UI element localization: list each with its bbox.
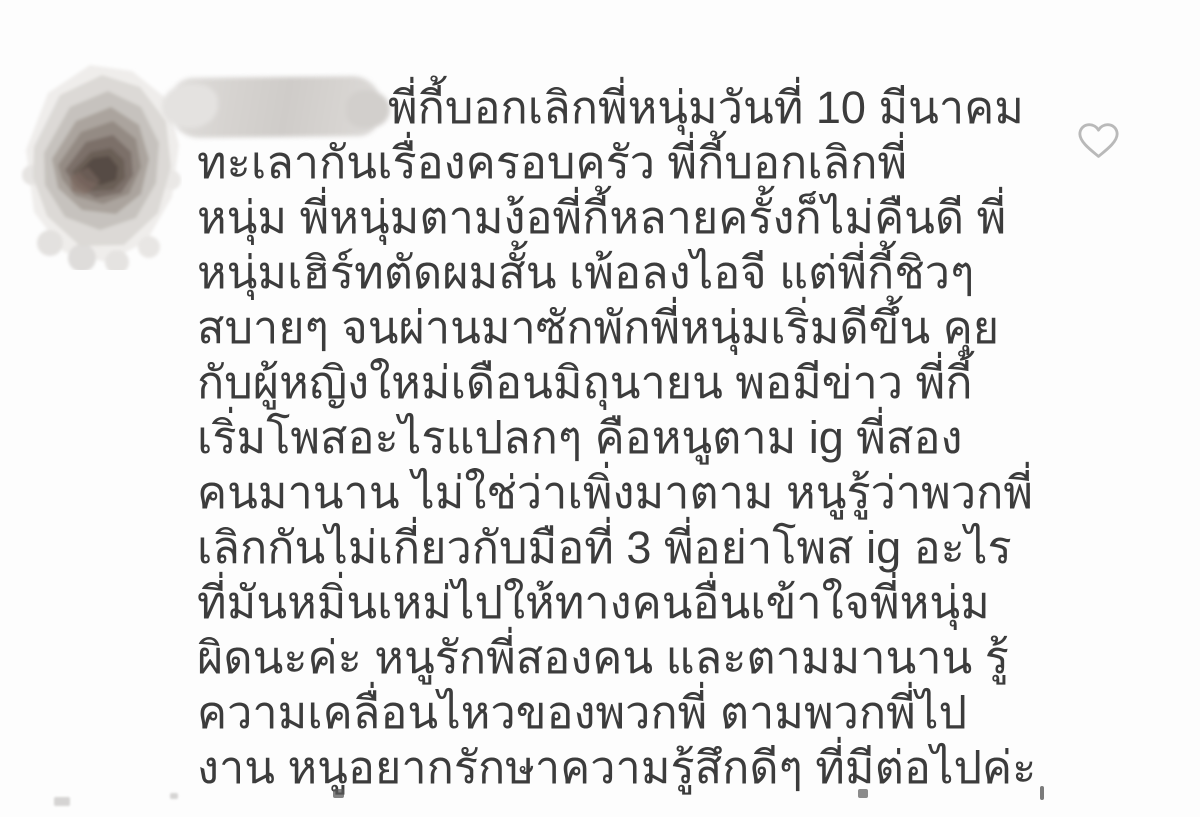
comment-line-2: ทะเลากันเรื่องครอบครัว พี่กี้บอกเลิกพี่ [197,135,1036,190]
comment-line-11: ผิดนะค่ะ หนูรักพี่สองคน และตามมานาน รู้ [197,630,1036,685]
cutoff-text-fragment [858,789,868,798]
cutoff-text-fragment [333,789,344,798]
cutoff-text-fragment [170,793,178,799]
comment-line-6: กับผู้หญิงใหม่เดือนมิถุนายน พอมีข่าว พี่… [197,355,1036,410]
comment-line-13: งาน หนูอยากรักษาความรู้สึกดีๆ ที่มีต่อไป… [197,740,1036,795]
avatar-pixelated-blob [22,65,181,270]
comment-text: พี่กี้บอกเลิกพี่หนุ่มวันที่ 10 มีนาคม ทะ… [197,80,1036,795]
cutoff-text-fragment [54,797,70,806]
comment-line-7: เริ่มโพสอะไรแปลกๆ คือหนูตาม ig พี่สอง [197,410,1036,465]
comment-line-12: ความเคลื่อนไหวของพวกพี่ ตามพวกพี่ไป [197,685,1036,740]
comment-line-8: คนมานาน ไม่ใช่ว่าเพิ่งมาตาม หนูรู้ว่าพวก… [197,465,1036,520]
comment-line-9: เลิกกันไม่เกี่ยวกับมือที่ 3 พี่อย่าโพส i… [197,520,1036,575]
cutoff-text-fragment [1040,786,1044,800]
avatar[interactable] [20,55,182,270]
comment-line-3: หนุ่ม พี่หนุ่มตามง้อพี่กี้หลายครั้งก็ไม่… [197,190,1036,245]
comment-screenshot: พี่กี้บอกเลิกพี่หนุ่มวันที่ 10 มีนาคม ทะ… [0,0,1200,817]
comment-line-4: หนุ่มเฮิร์ทตัดผมสั้น เพ้อลงไอจี แต่พี่กี… [197,245,1036,300]
comment-line-10: ที่มันหมิ่นเหม่ไปให้ทางคนอื่นเข้าใจพี่หน… [197,575,1036,630]
comment-line-5: สบายๆ จนผ่านมาซักพักพี่หนุ่มเริ่มดีขึ้น … [197,300,1036,355]
comment-line-1: พี่กี้บอกเลิกพี่หนุ่มวันที่ 10 มีนาคม [197,80,1036,135]
heart-outline-icon[interactable] [1077,121,1120,161]
